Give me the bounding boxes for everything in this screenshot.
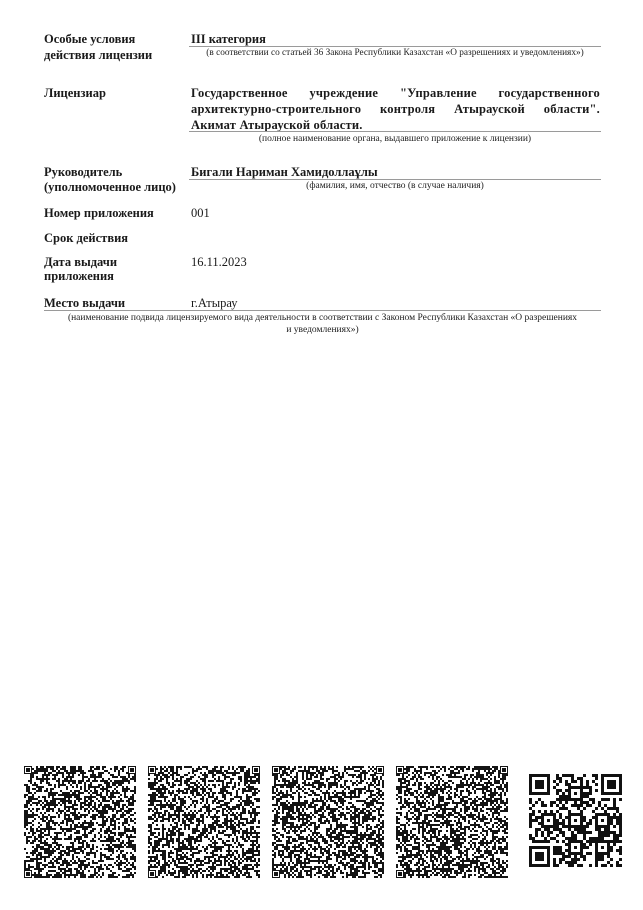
place-of-issue-label: Место выдачи xyxy=(44,295,125,311)
barcode-4 xyxy=(396,766,508,878)
licensor-label: Лицензиар xyxy=(44,85,106,101)
special-conditions-label: Особые условия действия лицензии xyxy=(44,31,184,63)
place-of-issue-value: г.Атырау xyxy=(191,295,238,311)
licensor-caption: (полное наименование органа, выдавшего п… xyxy=(189,133,601,145)
head-caption: (фамилия, имя, отчество (в случае наличи… xyxy=(189,180,601,192)
licensor-value: Государственное учреждение "Управление г… xyxy=(191,85,600,133)
special-conditions-caption: (в соответствии со статьей 36 Закона Рес… xyxy=(189,47,601,59)
head-label-line2: (уполномоченное лицо) xyxy=(44,179,176,195)
place-of-issue-caption-line2: и уведомлениях») xyxy=(40,324,605,336)
issue-date-label-line2: приложения xyxy=(44,268,114,284)
barcode-1 xyxy=(24,766,136,878)
barcode-3 xyxy=(272,766,384,878)
head-value: Бигали Нариман Хамидоллаұлы xyxy=(191,164,378,180)
validity-label: Срок действия xyxy=(44,230,128,246)
qr-code xyxy=(529,774,622,867)
licensor-rule xyxy=(189,131,601,132)
place-of-issue-caption: (наименование подвида лицензируемого вид… xyxy=(40,312,605,336)
place-of-issue-caption-line1: (наименование подвида лицензируемого вид… xyxy=(40,312,605,324)
appendix-number-label: Номер приложения xyxy=(44,205,154,221)
special-conditions-value: III категория xyxy=(191,31,266,47)
issue-date-value: 16.11.2023 xyxy=(191,254,247,270)
barcode-2 xyxy=(148,766,260,878)
place-of-issue-rule xyxy=(44,310,601,311)
head-label-line1: Руководитель xyxy=(44,164,122,180)
appendix-number-value: 001 xyxy=(191,205,210,221)
